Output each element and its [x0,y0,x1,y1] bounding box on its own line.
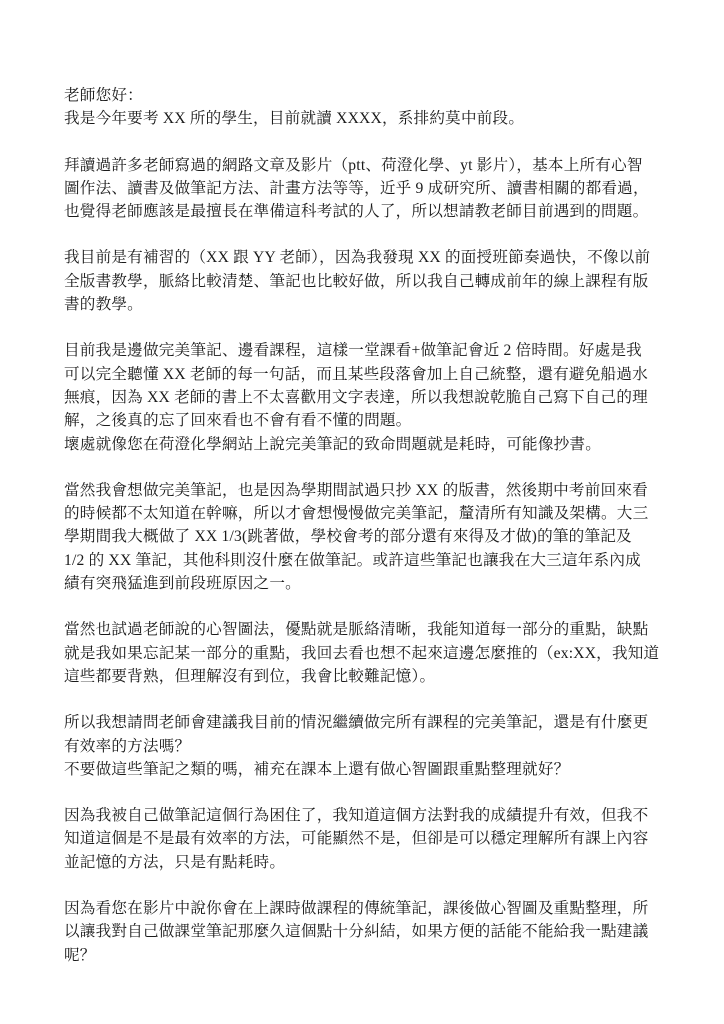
text-line: 可以完全聽懂 XX 老師的每一句話，而且某些段落會加上自己統整，還有避免船過水 [64,363,680,386]
paragraph-reason: 當然我會想做完美筆記，也是因為學期間試過只抄 XX 的版書，然後期中考前回來看 … [64,479,680,595]
text-line: 無痕，因為 XX 老師的書上不太喜歡用文字表達，所以我想說乾脆自己寫下自己的理 [64,386,680,409]
text-line: 壞處就像您在荷澄化學網站上說完美筆記的致命問題就是耗時，可能像抄書。 [64,433,680,456]
text-line: 因為看您在影片中說你會在上課時做課程的傳統筆記，課後做心智圖及重點整理，所 [64,897,680,920]
text-line: 當然我會想做完美筆記，也是因為學期間試過只抄 XX 的版書，然後期中考前回來看 [64,479,680,502]
paragraph-greeting: 老師您好： 我是今年要考 XX 所的學生，目前就讀 XXXX，系排約莫中前段。 [64,84,680,131]
text-line: 我目前是有補習的（XX 跟 YY 老師），因為我發現 XX 的面授班節奏過快，不… [64,246,680,269]
text-line: 圖作法、讀書及做筆記方法、計畫方法等等，近乎 9 成研究所、讀書相關的都看過， [64,177,680,200]
text-line: 學期間我大概做了 XX 1/3(跳著做，學校會考的部分還有來得及才做)的筆的筆記… [64,525,680,548]
text-line: 因為我被自己做筆記這個行為困住了，我知道這個方法對我的成績提升有效，但我不 [64,804,680,827]
text-line: 當然也試過老師說的心智圖法，優點就是脈絡清晰，我能知道每一部分的重點，缺點 [64,618,680,641]
text-line: 我是今年要考 XX 所的學生，目前就讀 XXXX，系排約莫中前段。 [64,107,680,130]
text-line: 所以我想請問老師會建議我目前的情況繼續做完所有課程的完美筆記，還是有什麼更 [64,711,680,734]
text-line: 不要做這些筆記之類的嗎，補充在課本上還有做心智圖跟重點整理就好？ [64,758,680,781]
text-line: 書的教學。 [64,293,680,316]
text-line: 績有突飛猛進到前段班原因之一。 [64,572,680,595]
paragraph-closing: 因為看您在影片中說你會在上課時做課程的傳統筆記，課後做心智圖及重點整理，所 以讓… [64,897,680,967]
paragraph-question: 所以我想請問老師會建議我目前的情況繼續做完所有課程的完美筆記，還是有什麼更 有效… [64,711,680,781]
paragraph-mindmap: 當然也試過老師說的心智圖法，優點就是脈絡清晰，我能知道每一部分的重點，缺點 就是… [64,618,680,688]
document-page: 老師您好： 我是今年要考 XX 所的學生，目前就讀 XXXX，系排約莫中前段。 … [0,0,724,1024]
text-line: 的時候都不太知道在幹嘛，所以才會想慢慢做完美筆記，釐清所有知識及架構。大三 [64,502,680,525]
text-line: 解，之後真的忘了回來看也不會有看不懂的問題。 [64,409,680,432]
text-line: 並記憶的方法，只是有點耗時。 [64,851,680,874]
text-line: 知道這個是不是最有效率的方法，可能顯然不是，但卻是可以穩定理解所有課上內容 [64,827,680,850]
text-line: 有效率的方法嗎？ [64,735,680,758]
text-line: 呢？ [64,944,680,967]
text-line: 就是我如果忘記某一部分的重點，我回去看也想不起來這邊怎麼推的（ex:XX，我知道 [64,642,680,665]
text-line: 全版書教學，脈絡比較清楚、筆記也比較好做，所以我自己轉成前年的線上課程有版 [64,270,680,293]
letter-body: 老師您好： 我是今年要考 XX 所的學生，目前就讀 XXXX，系排約莫中前段。 … [64,84,680,967]
text-line: 拜讀過許多老師寫過的網路文章及影片（ptt、荷澄化學、yt 影片），基本上所有心… [64,154,680,177]
text-line: 目前我是邊做完美筆記、邊看課程，這樣一堂課看+做筆記會近 2 倍時間。好處是我 [64,339,680,362]
paragraph-background: 拜讀過許多老師寫過的網路文章及影片（ptt、荷澄化學、yt 影片），基本上所有心… [64,154,680,224]
text-line: 以讓我對自己做課堂筆記那麼久這個點十分糾結，如果方便的話能不能給我一點建議 [64,920,680,943]
text-line: 1/2 的 XX 筆記，其他科則沒什麼在做筆記。或許這些筆記也讓我在大三這年系內… [64,549,680,572]
paragraph-dilemma: 因為我被自己做筆記這個行為困住了，我知道這個方法對我的成績提升有效，但我不 知道… [64,804,680,874]
text-line: 這些都要背熟，但理解沒有到位，我會比較難記憶）。 [64,665,680,688]
paragraph-cram-school: 我目前是有補習的（XX 跟 YY 老師），因為我發現 XX 的面授班節奏過快，不… [64,246,680,316]
paragraph-perfect-notes: 目前我是邊做完美筆記、邊看課程，這樣一堂課看+做筆記會近 2 倍時間。好處是我 … [64,339,680,455]
text-line: 老師您好： [64,84,680,107]
text-line: 也覺得老師應該是最擅長在準備這科考試的人了，所以想請教老師目前遇到的問題。 [64,200,680,223]
